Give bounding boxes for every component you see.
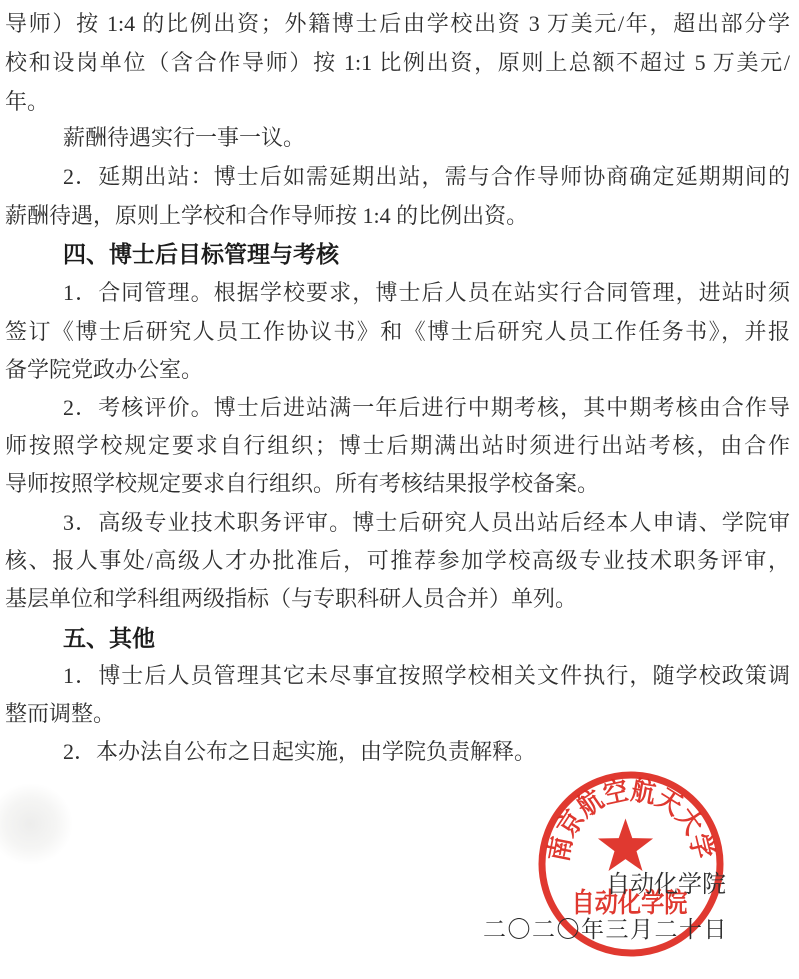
document-line: 基层单位和学科组两级指标（与专职科研人员合并）单列。	[5, 585, 790, 613]
document-line: 3．高级专业技术职务评审。博士后研究人员出站后经本人申请、学院审	[5, 509, 790, 537]
document-page: 导师）按 1:4 的比例出资；外籍博士后由学校出资 3 万美元/年，超出部分学 …	[0, 0, 799, 979]
section-heading-4: 四、博士后目标管理与考核	[5, 240, 790, 268]
section-heading-5: 五、其他	[5, 624, 790, 652]
document-line: 师按照学校规定要求自行组织；博士后期满出站时须进行出站考核，由合作	[5, 432, 790, 460]
signature-date: 二〇二〇年三月二十日	[483, 911, 728, 944]
document-line: 年。	[5, 88, 790, 116]
document-line: 校和设岗单位（含合作导师）按 1:1 比例出资，原则上总额不超过 5 万美元/	[5, 49, 790, 77]
document-line: 整而调整。	[5, 700, 790, 728]
document-line: 2．考核评价。博士后进站满一年后进行中期考核，其中期考核由合作导	[5, 394, 790, 422]
document-line: 签订《博士后研究人员工作协议书》和《博士后研究人员工作任务书》，并报	[5, 318, 790, 346]
document-line: 薪酬待遇实行一事一议。	[5, 124, 790, 152]
scan-artifact	[0, 783, 73, 865]
document-line: 备学院党政办公室。	[5, 356, 790, 384]
document-line: 2．延期出站：博士后如需延期出站，需与合作导师协商确定延期期间的	[5, 163, 790, 191]
document-line: 导师）按 1:4 的比例出资；外籍博士后由学校出资 3 万美元/年，超出部分学	[5, 10, 790, 38]
document-line: 1．合同管理。根据学校要求，博士后人员在站实行合同管理，进站时须	[5, 279, 790, 307]
document-line: 1．博士后人员管理其它未尽事宜按照学校相关文件执行，随学校政策调	[5, 662, 790, 690]
document-line: 2．本办法自公布之日起实施，由学院负责解释。	[5, 738, 790, 766]
signature-unit: 自动化学院	[606, 864, 726, 899]
document-line: 薪酬待遇，原则上学校和合作导师按 1:4 的比例出资。	[5, 202, 790, 230]
document-line: 核、报人事处/高级人才办批准后，可推荐参加学校高级专业技术职务评审，	[5, 547, 790, 575]
document-line: 导师按照学校规定要求自行组织。所有考核结果报学校备案。	[5, 470, 790, 498]
